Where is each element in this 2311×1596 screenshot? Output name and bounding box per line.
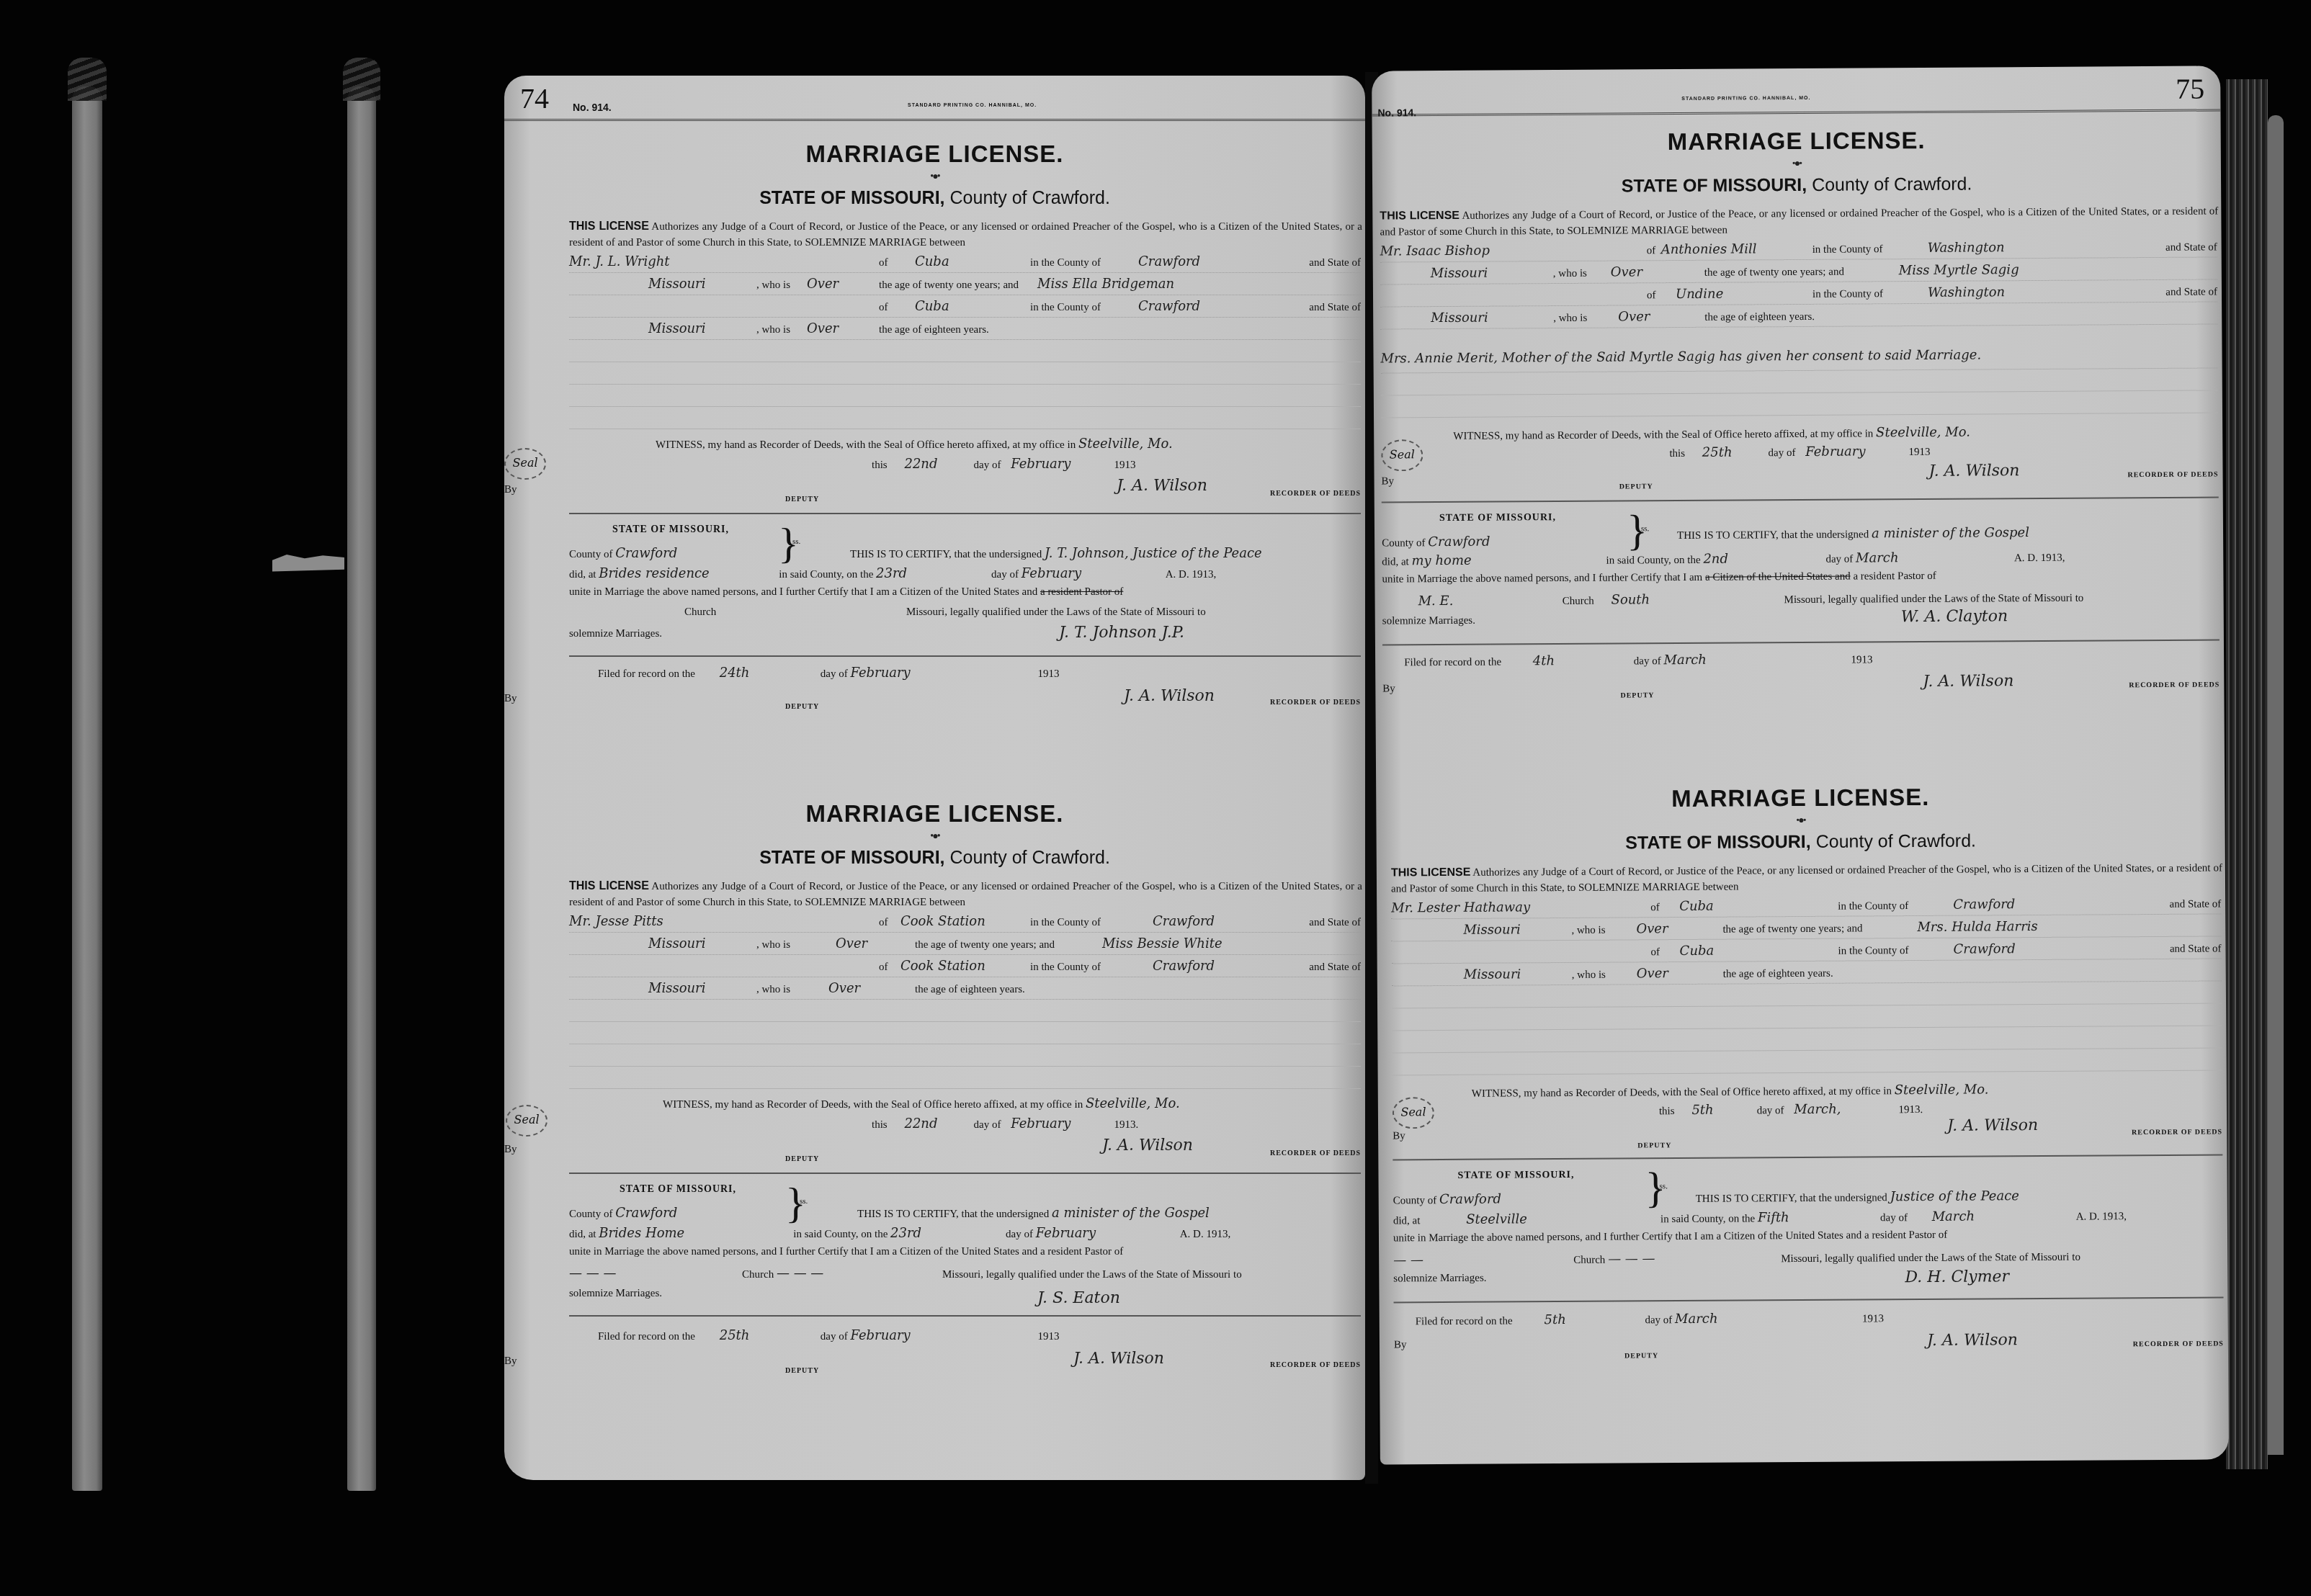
cert-state-label: STATE OF MISSOURI, [620, 1184, 736, 1196]
qualified-text: Missouri, legally qualified under the La… [1781, 1252, 2080, 1265]
ceremony-month: March [1910, 1209, 2076, 1224]
filed-day: 4th [1533, 653, 1634, 668]
ceremony-day: Fifth [1758, 1209, 1880, 1225]
groom-county: Crawford [1153, 914, 1215, 929]
age18-label: the age of eighteen years. [915, 984, 1025, 996]
state-label: and State of [2169, 898, 2221, 910]
filed-month: March [1663, 652, 1851, 668]
by-label: By [1382, 475, 1395, 488]
who-is-label: , who is [1571, 925, 1605, 937]
groom-age-line: Missouri , who is Over the age of twenty… [569, 273, 1361, 295]
witness-month: February [1011, 457, 1070, 472]
state-label: and State of [2165, 241, 2217, 254]
filed-label: Filed for record on the [598, 668, 695, 680]
solemnize-label: solemnize Marriages. [569, 628, 662, 640]
state-label: and State of [1309, 257, 1361, 269]
recorder-label: RECORDER OF DEEDS [2129, 681, 2220, 689]
day-of-label: day of [1006, 1229, 1033, 1240]
license-subtitle: STATE OF MISSOURI, County of Crawford. [504, 848, 1365, 869]
groom-town: Cuba [1679, 899, 1714, 914]
filed-year: 1913 [1037, 1331, 1059, 1342]
ceremony-month: February [1036, 1226, 1180, 1241]
cert-state-label: STATE OF MISSOURI, [1457, 1170, 1574, 1182]
filed-month: February [850, 665, 1037, 681]
bride-town: Cuba [915, 299, 949, 314]
form-number: No. 914. [573, 102, 612, 113]
county-label: in the County of [1838, 900, 1908, 913]
bride-age-line: Missouri , who is Over the age of eighte… [569, 977, 1361, 1000]
recorder-signature: J. A. Wilson [1073, 1350, 1164, 1368]
ad-year: A. D. 1913, [1166, 569, 1216, 580]
ss-label: ss. [800, 1197, 808, 1206]
did-at-label: did, at [1393, 1215, 1421, 1227]
officiant-signature: J. S. Eaton [1037, 1289, 1120, 1307]
in-county-on-label: in said County, on the [779, 569, 873, 580]
deputy-label: DEPUTY [1619, 483, 1653, 490]
preamble-text: Authorizes any Judge of a Court of Recor… [569, 221, 1362, 248]
license-preamble: THIS LICENSE Authorizes any Judge of a C… [504, 879, 1365, 910]
filed-section: Filed for record on the 5thday of March1… [1394, 1298, 2224, 1360]
bride-age-line: Missouri , who is Over the age of eighte… [569, 318, 1361, 340]
bride-state: Missouri [1431, 310, 1488, 326]
right-page: 75 No. 914. STANDARD PRINTING CO. HANNIB… [1372, 66, 2229, 1464]
county-label: in the County of [1812, 243, 1883, 256]
day-of-label: day of [1645, 1314, 1672, 1326]
age21-label: the age of twenty one years; and [915, 939, 1055, 951]
who-is-label: , who is [756, 279, 790, 292]
by-label: By [1394, 1339, 1407, 1351]
filed-label: Filed for record on the [1416, 1315, 1513, 1327]
witness-text: WITNESS, my hand as Recorder of Deeds, w… [663, 1099, 1083, 1111]
deputy-label: DEPUTY [785, 1155, 819, 1163]
license-title: MARRIAGE LICENSE. [504, 796, 1365, 828]
witness-year: 1913. [1114, 1119, 1139, 1131]
page-number: 74 [520, 81, 549, 115]
page-header: 75 No. 914. STANDARD PRINTING CO. HANNIB… [1372, 66, 2220, 116]
county-label: in the County of [1838, 945, 1909, 958]
blank-line [569, 362, 1361, 385]
officiant-signature: W. A. Clayton [1901, 607, 2008, 626]
church-label: Church [1563, 596, 1594, 607]
groom-state: Missouri [1463, 922, 1521, 937]
recorder-label: RECORDER OF DEEDS [1270, 490, 1361, 498]
day-of-label: day of [1768, 447, 1795, 459]
by-label: By [1393, 1130, 1405, 1142]
preamble-lead: THIS LICENSE [1391, 866, 1470, 879]
bride-age-status: Over [828, 981, 860, 996]
church-label: Church [684, 606, 716, 618]
recorder-signature: J. A. Wilson [1117, 477, 1207, 495]
witness-text: WITNESS, my hand as Recorder of Deeds, w… [1453, 428, 1873, 442]
by-label: By [504, 1355, 517, 1368]
ss-label: ss. [1660, 1182, 1668, 1191]
certify-text: THIS IS TO CERTIFY, that the undersigned [850, 549, 1042, 560]
who-is-label: , who is [756, 324, 790, 336]
state-label: STATE OF MISSOURI, [759, 188, 944, 208]
cert-state-label: STATE OF MISSOURI, [612, 524, 729, 536]
age18-label: the age of eighteen years. [1704, 311, 1815, 324]
county-label: in the County of [1030, 917, 1101, 929]
day-of-label: day of [991, 569, 1019, 580]
book-page-edge-middle [347, 86, 376, 1491]
recorder-signature: J. A. Wilson [1923, 672, 2013, 691]
groom-age-status: Over [807, 277, 839, 292]
state-label: and State of [2170, 943, 2222, 955]
state-label: and State of [1309, 302, 1361, 314]
filed-label: Filed for record on the [1404, 657, 1501, 669]
of-label: of [1647, 245, 1656, 257]
blank-line [569, 407, 1361, 429]
day-of-label: day of [1880, 1212, 1908, 1224]
who-is-label: , who is [756, 939, 790, 951]
license-subtitle: STATE OF MISSOURI, County of Crawford. [1372, 172, 2221, 198]
county-label: in the County of [1030, 961, 1101, 974]
witness-year: 1913 [1909, 447, 1931, 458]
filed-section: Filed for record on the 4thday of March1… [1382, 640, 2220, 703]
groom-age-status: Over [836, 936, 867, 951]
blank-line [569, 1000, 1361, 1022]
cert-county-label: County of [569, 1209, 612, 1220]
officiant-title: a minister of the Gospel [1052, 1206, 1210, 1221]
blank-line [569, 1067, 1361, 1089]
certify-text: THIS IS TO CERTIFY, that the undersigned [857, 1209, 1049, 1220]
groom-age-status: Over [1611, 264, 1642, 279]
bride-state: Missouri [648, 981, 705, 996]
unite-text: unite in Marriage the above named person… [569, 1246, 1123, 1257]
this-label: this [1669, 448, 1685, 459]
officiant-signature: J. T. Johnson J.P. [1059, 624, 1184, 642]
state-label: and State of [1309, 917, 1361, 929]
struck-text: a Citizen of the United States and [1705, 571, 1851, 583]
by-label: By [504, 1144, 517, 1156]
groom-state: Missouri [648, 936, 705, 951]
bride-town: Cuba [1680, 943, 1715, 959]
who-is-label: , who is [1572, 969, 1606, 982]
bride-county: Crawford [1153, 959, 1215, 974]
recorder-label: RECORDER OF DEEDS [2127, 470, 2218, 479]
office-place: Steelville, Mo. [1086, 1096, 1180, 1111]
deputy-label: DEPUTY [785, 496, 819, 503]
state-label: STATE OF MISSOURI, [1625, 832, 1811, 853]
bride-name: Miss Bessie White [1102, 936, 1222, 951]
officiant-title: J. T. Johnson, Justice of the Peace [1045, 546, 1262, 561]
office-place: Steelville, Mo. [1895, 1082, 1989, 1098]
bride-age-status: Over [1637, 966, 1668, 981]
witness-month: February [1805, 444, 1866, 459]
groom-age-line: Missouri , who is Over the age of twenty… [569, 933, 1361, 955]
bride-state: Missouri [648, 321, 705, 336]
license-title: MARRIAGE LICENSE. [504, 120, 1365, 168]
seal-stamp-icon: Seal [504, 448, 546, 480]
bride-age-status: Over [1618, 309, 1650, 324]
county-label: County of Crawford. [950, 848, 1110, 868]
day-of-label: day of [1825, 554, 1853, 565]
who-is-label: , who is [756, 984, 790, 996]
certify-text: THIS IS TO CERTIFY, that the undersigned [1696, 1192, 1887, 1205]
ceremony-place: Brides residence [599, 566, 779, 581]
certificate-section: STATE OF MISSOURI, County of Crawford } … [504, 1174, 1361, 1311]
in-county-on-label: in said County, on the [1606, 555, 1700, 567]
deputy-label: DEPUTY [1624, 1352, 1658, 1360]
witness-day: 25th [1702, 445, 1733, 460]
deputy-label: DEPUTY [1637, 1142, 1671, 1149]
groom-county: Crawford [1953, 897, 2015, 913]
bride-town: Cook Station [900, 959, 985, 974]
ceremony-day: 23rd [890, 1226, 1006, 1241]
age18-label: the age of eighteen years. [1723, 968, 1833, 981]
bride-county: Washington [1928, 284, 2005, 300]
witness-day: 22nd [904, 1116, 937, 1131]
by-label: By [504, 693, 517, 705]
day-of-label: day of [821, 668, 848, 680]
of-label: of [1651, 946, 1660, 959]
filed-day: 24th [720, 665, 821, 681]
groom-line: Mr. J. L. Wright of Cuba in the County o… [569, 251, 1361, 273]
ad-year: A. D. 1913, [1180, 1229, 1230, 1240]
cert-county-label: County of [1382, 537, 1426, 549]
recorder-label: RECORDER OF DEEDS [1270, 1149, 1361, 1157]
struck-text: a resident Pastor of [1040, 586, 1123, 598]
license-subtitle: STATE OF MISSOURI, County of Crawford. [504, 188, 1365, 209]
unite-text: unite in Marriage the above named person… [569, 586, 1037, 598]
this-label: this [1659, 1106, 1675, 1117]
preamble-lead: THIS LICENSE [569, 880, 649, 892]
witness-text: WITNESS, my hand as Recorder of Deeds, w… [1472, 1085, 1892, 1100]
paper-tab-scrap [272, 555, 344, 573]
seal-stamp-icon: Seal [1381, 439, 1423, 471]
recorder-signature: J. A. Wilson [1927, 1331, 2018, 1350]
filed-year: 1913 [1851, 654, 1872, 665]
license-subtitle: STATE OF MISSOURI, County of Crawford. [1377, 829, 2225, 855]
bride-name: Miss Ella Bridgeman [1037, 277, 1174, 292]
in-county-on-label: in said County, on the [793, 1229, 888, 1240]
license-title: MARRIAGE LICENSE. [1376, 779, 2225, 814]
of-label: of [879, 302, 888, 314]
denomination: — — — [569, 1266, 742, 1281]
deputy-label: DEPUTY [1620, 691, 1654, 699]
book-page-edges-right [2226, 79, 2268, 1469]
bride-line: of Cuba in the County of Crawford and St… [569, 295, 1361, 318]
ornament-divider: •●• [504, 830, 1365, 843]
filed-month: March [1675, 1310, 1862, 1327]
printer-line: STANDARD PRINTING CO. HANNIBAL, MO. [908, 103, 1037, 108]
bride-state: Missouri [1464, 967, 1521, 982]
filed-month: February [850, 1328, 1037, 1343]
denomination: M. E. [1382, 593, 1563, 609]
cert-county-label: County of [569, 549, 612, 560]
groom-age-status: Over [1636, 921, 1668, 936]
who-is-label: , who is [1553, 268, 1587, 280]
of-label: of [879, 961, 888, 974]
consent-note-line: Mrs. Annie Merit, Mother of the Said Myr… [1380, 324, 2217, 373]
day-of-label: day of [973, 1119, 1001, 1131]
groom-state: Missouri [1431, 266, 1488, 281]
filed-section: Filed for record on the 25thday of Febru… [569, 1317, 1361, 1374]
this-label: this [872, 459, 888, 471]
in-county-on-label: in said County, on the [1660, 1213, 1755, 1225]
filed-day: 5th [1544, 1312, 1645, 1327]
certificate-section: STATE OF MISSOURI, County of Crawford } … [1378, 1155, 2223, 1297]
office-place: Steelville, Mo. [1078, 436, 1173, 452]
office-place: Steelville, Mo. [1876, 425, 1970, 441]
filed-section: Filed for record on the 24thday of Febru… [569, 657, 1361, 714]
ceremony-day: 2nd [1703, 551, 1825, 567]
solemnize-label: solemnize Marriages. [1393, 1273, 1486, 1286]
blank-line [569, 385, 1361, 407]
certificate-section: STATE OF MISSOURI, County of Crawford } … [504, 514, 1361, 651]
witness-year: 1913 [1114, 459, 1136, 471]
county-label: in the County of [1030, 302, 1101, 314]
church-label: Church [742, 1269, 774, 1281]
seal-stamp-icon: Seal [506, 1105, 547, 1137]
filed-label: Filed for record on the [598, 1331, 695, 1342]
license-preamble: THIS LICENSE Authorizes any Judge of a C… [1377, 860, 2225, 897]
did-at-label: did, at [1382, 556, 1409, 568]
preamble-text: Authorizes any Judge of a Court of Recor… [1380, 205, 2218, 238]
church-place: — — — [777, 1266, 942, 1281]
did-at-label: did, at [569, 569, 596, 580]
age21-label: the age of twenty one years; and [1722, 923, 1862, 936]
witness-section: WITNESS, my hand as Recorder of Deeds, w… [569, 1089, 1361, 1168]
groom-name: Mr. Lester Hathaway [1391, 900, 1530, 915]
preamble-lead: THIS LICENSE [1380, 210, 1460, 223]
ad-year: A. D. 1913, [2076, 1211, 2127, 1222]
witness-section: WITNESS, my hand as Recorder of Deeds, w… [1439, 413, 2219, 497]
page-number: 75 [2176, 72, 2204, 106]
state-label: and State of [1309, 961, 1361, 974]
bride-line: of Cook Station in the County of Crawfor… [569, 955, 1361, 977]
day-of-label: day of [1757, 1105, 1784, 1116]
witness-year: 1913. [1898, 1104, 1923, 1116]
marriage-license: MARRIAGE LICENSE. •●• STATE OF MISSOURI,… [1376, 779, 2229, 1453]
unite-tail: a resident Pastor of [1853, 570, 1936, 583]
church-place: — — — [1608, 1250, 1781, 1266]
printer-line: STANDARD PRINTING CO. HANNIBAL, MO. [1681, 96, 1810, 102]
left-page: 74 No. 914. STANDARD PRINTING CO. HANNIB… [504, 76, 1365, 1480]
denomination: — — [1393, 1252, 1573, 1268]
filed-day: 25th [720, 1328, 821, 1343]
ornament-divider: •●• [504, 171, 1365, 184]
did-at-label: did, at [569, 1229, 596, 1240]
recorder-label: RECORDER OF DEEDS [1270, 699, 1361, 707]
cert-county: Crawford [1428, 534, 1490, 550]
bride-name: Miss Myrtle Sagig [1899, 262, 2019, 278]
filed-year: 1913 [1037, 668, 1059, 680]
recorder-label: RECORDER OF DEEDS [2133, 1340, 2224, 1348]
deputy-label: DEPUTY [785, 703, 819, 711]
cert-county: Crawford [1439, 1192, 1501, 1208]
state-label: STATE OF MISSOURI, [1622, 175, 1807, 197]
blank-line [569, 1022, 1361, 1044]
witness-month: February [1011, 1116, 1070, 1131]
preamble-lead: THIS LICENSE [569, 220, 649, 233]
unite-text: unite in Marriage the above named person… [1393, 1229, 1947, 1245]
deputy-label: DEPUTY [785, 1367, 819, 1375]
marriage-license: MARRIAGE LICENSE. •●• STATE OF MISSOURI,… [504, 120, 1365, 790]
ceremony-place: my home [1411, 552, 1606, 569]
recorder-signature: J. A. Wilson [1928, 462, 2019, 480]
ceremony-month: March [1856, 550, 2014, 565]
church-place: South [1596, 591, 1784, 608]
day-of-label: day of [973, 459, 1001, 471]
of-label: of [1650, 902, 1660, 914]
officiant-signature: D. H. Clymer [1905, 1268, 2009, 1286]
cert-county: Crawford [615, 546, 677, 561]
groom-state: Missouri [648, 277, 705, 292]
groom-line: Mr. Jesse Pitts of Cook Station in the C… [569, 910, 1361, 933]
groom-town: Cuba [915, 254, 949, 269]
recorder-signature: J. A. Wilson [1124, 687, 1215, 705]
ceremony-month: February [1022, 566, 1166, 581]
ceremony-place: Brides Home [599, 1226, 793, 1241]
groom-county: Washington [1928, 240, 2005, 256]
witness-text: WITNESS, my hand as Recorder of Deeds, w… [656, 439, 1076, 451]
ss-label: ss. [1641, 524, 1649, 533]
county-label: County of Crawford. [1816, 831, 1976, 852]
age21-label: the age of twenty one years; and [1704, 266, 1844, 279]
qualified-text: Missouri, legally qualified under the La… [906, 606, 1206, 618]
blank-line [569, 340, 1361, 362]
groom-name: Mr. Isaac Bishop [1380, 243, 1490, 259]
state-label: and State of [2165, 286, 2217, 298]
marriage-license: MARRIAGE LICENSE. •●• STATE OF MISSOURI,… [1372, 110, 2225, 785]
bride-county: Crawford [1138, 299, 1200, 314]
certificate-section: STATE OF MISSOURI, County of Crawford } … [1374, 498, 2220, 640]
seal-stamp-icon: Seal [1393, 1097, 1434, 1129]
age18-label: the age of eighteen years. [879, 324, 989, 336]
day-of-label: day of [821, 1331, 848, 1342]
who-is-label: , who is [1553, 313, 1587, 325]
ornament-divider: •●• [1376, 812, 2225, 830]
groom-town: Cook Station [900, 914, 985, 929]
witness-section: WITNESS, my hand as Recorder of Deeds, w… [1443, 1070, 2223, 1155]
book-cover-edge-right [2268, 115, 2284, 1455]
license-preamble: THIS LICENSE Authorizes any Judge of a C… [504, 219, 1365, 251]
bride-town: Undine [1676, 287, 1723, 302]
groom-name: Mr. Jesse Pitts [569, 914, 663, 929]
bride-age-status: Over [807, 321, 839, 336]
blank-line [569, 1044, 1361, 1067]
witness-day: 22nd [904, 457, 937, 472]
solemnize-label: solemnize Marriages. [569, 1288, 662, 1300]
officiant-title: a minister of the Gospel [1872, 525, 2029, 541]
cert-county-label: County of [1393, 1195, 1437, 1206]
bride-county: Crawford [1954, 941, 2016, 957]
county-label: County of Crawford. [950, 188, 1110, 208]
groom-name: Mr. J. L. Wright [569, 254, 670, 269]
page-header: 74 No. 914. STANDARD PRINTING CO. HANNIB… [504, 76, 1365, 121]
groom-county: Crawford [1138, 254, 1200, 269]
groom-town: Anthonies Mill [1661, 241, 1757, 257]
ceremony-place: Steelville [1423, 1211, 1660, 1227]
county-label: County of Crawford. [1812, 174, 1972, 195]
recorder-label: RECORDER OF DEEDS [1270, 1361, 1361, 1369]
church-label: Church [1573, 1255, 1605, 1266]
by-label: By [504, 484, 517, 496]
state-label: STATE OF MISSOURI, [759, 848, 944, 868]
cert-state-label: STATE OF MISSOURI, [1439, 512, 1556, 524]
by-label: By [1382, 683, 1395, 695]
witness-month: March, [1794, 1102, 1841, 1117]
ss-label: ss. [792, 537, 800, 546]
of-label: of [1647, 290, 1656, 302]
age21-label: the age of twenty one years; and [879, 279, 1019, 292]
filed-year: 1913 [1862, 1313, 1884, 1324]
book-page-edge-left [72, 86, 102, 1491]
recorder-signature: J. A. Wilson [1102, 1137, 1193, 1155]
ceremony-day: 23rd [876, 566, 991, 581]
of-label: of [879, 917, 888, 929]
